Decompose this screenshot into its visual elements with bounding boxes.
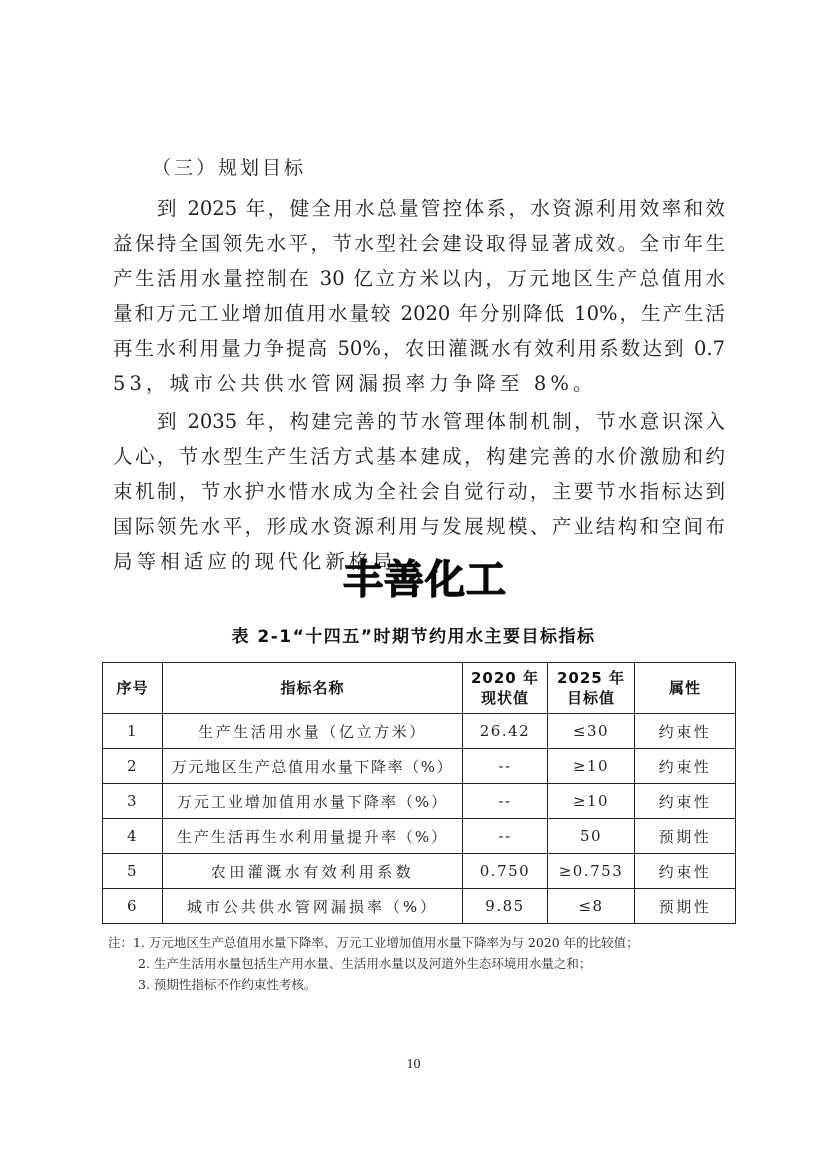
paragraph-line: 益保持全国领先水平，节水型社会建设取得显著成效。全市年生 xyxy=(113,226,725,261)
table-header-row: 序号 指标名称 2020 年 现状值 2025 年 目标值 属性 xyxy=(103,663,736,714)
paragraph-line: 量和万元工业增加值用水量较 2020 年分别降低 10%，生产生活 xyxy=(113,296,725,331)
table-caption: 表 2-1“十四五”时期节约用水主要目标指标 xyxy=(0,622,827,647)
paragraph-line: 人心，节水型生产生活方式基本建成，构建完善的水价激励和约 xyxy=(113,439,725,474)
header-baseline: 2020 年 现状值 xyxy=(463,663,548,714)
indicators-table: 序号 指标名称 2020 年 现状值 2025 年 目标值 属性 1 生产生活用… xyxy=(102,662,736,924)
table-row: 1 生产生活用水量（亿立方米） 26.42 ≤30 约束性 xyxy=(103,714,736,749)
cell-baseline: -- xyxy=(463,819,548,854)
paragraph-line: 束机制，节水护水惜水成为全社会自觉行动，主要节水指标达到 xyxy=(113,474,725,509)
header-baseline-label: 现状值 xyxy=(463,688,547,708)
paragraph-2035-goals: 到 2035 年，构建完善的节水管理体制机制，节水意识深入 人心，节水型生产生活… xyxy=(113,404,725,579)
cell-attribute: 约束性 xyxy=(635,854,736,889)
header-target-year: 2025 年 xyxy=(548,668,634,688)
header-attribute: 属性 xyxy=(635,663,736,714)
cell-index: 3 xyxy=(103,784,163,819)
cell-index: 6 xyxy=(103,889,163,924)
note-line: 2. 生产生活用水量包括生产用水量、生活用水量以及河道外生态环境用水量之和； xyxy=(108,953,639,974)
cell-baseline: -- xyxy=(463,749,548,784)
table-row: 3 万元工业增加值用水量下降率（%） -- ≥10 约束性 xyxy=(103,784,736,819)
cell-target: ≤8 xyxy=(548,889,635,924)
paragraph-line: 到 2025 年，健全用水总量管控体系，水资源利用效率和效 xyxy=(113,191,725,226)
header-index: 序号 xyxy=(103,663,163,714)
header-baseline-year: 2020 年 xyxy=(463,668,547,688)
paragraph-line: 53，城市公共供水管网漏损率力争降至 8%。 xyxy=(113,366,725,401)
paragraph-line: 国际领先水平，形成水资源利用与发展规模、产业结构和空间布 xyxy=(113,509,725,544)
cell-name: 生产生活再生水利用量提升率（%） xyxy=(163,819,463,854)
watermark: 丰善化工 xyxy=(343,557,507,603)
table-row: 4 生产生活再生水利用量提升率（%） -- 50 预期性 xyxy=(103,819,736,854)
cell-baseline: 26.42 xyxy=(463,714,548,749)
cell-target: ≤30 xyxy=(548,714,635,749)
cell-attribute: 预期性 xyxy=(635,819,736,854)
page-number: 10 xyxy=(0,1057,827,1073)
paragraph-line: 产生活用水量控制在 30 亿立方米以内，万元地区生产总值用水 xyxy=(113,261,725,296)
table-row: 5 农田灌溉水有效利用系数 0.750 ≥0.753 约束性 xyxy=(103,854,736,889)
table-row: 2 万元地区生产总值用水量下降率（%） -- ≥10 约束性 xyxy=(103,749,736,784)
cell-baseline: 0.750 xyxy=(463,854,548,889)
paragraph-line: 到 2035 年，构建完善的节水管理体制机制，节水意识深入 xyxy=(113,404,725,439)
cell-attribute: 预期性 xyxy=(635,889,736,924)
cell-name: 农田灌溉水有效利用系数 xyxy=(163,854,463,889)
cell-attribute: 约束性 xyxy=(635,784,736,819)
paragraph-line: 再生水利用量力争提高 50%，农田灌溉水有效利用系数达到 0.7 xyxy=(113,331,725,366)
cell-baseline: -- xyxy=(463,784,548,819)
cell-index: 4 xyxy=(103,819,163,854)
table-notes: 注：1. 万元地区生产总值用水量下降率、万元工业增加值用水量下降率为与 2020… xyxy=(108,932,639,995)
table-row: 6 城市公共供水管网漏损率（%） 9.85 ≤8 预期性 xyxy=(103,889,736,924)
cell-name: 万元工业增加值用水量下降率（%） xyxy=(163,784,463,819)
cell-attribute: 约束性 xyxy=(635,749,736,784)
note-line: 3. 预期性指标不作约束性考核。 xyxy=(108,974,639,995)
note-line: 注：1. 万元地区生产总值用水量下降率、万元工业增加值用水量下降率为与 2020… xyxy=(108,932,639,953)
cell-index: 5 xyxy=(103,854,163,889)
cell-name: 城市公共供水管网漏损率（%） xyxy=(163,889,463,924)
header-target: 2025 年 目标值 xyxy=(548,663,635,714)
header-target-label: 目标值 xyxy=(548,688,634,708)
cell-name: 万元地区生产总值用水量下降率（%） xyxy=(163,749,463,784)
document-page: （三）规划目标 到 2025 年，健全用水总量管控体系，水资源利用效率和效 益保… xyxy=(0,0,827,1169)
cell-target: ≥10 xyxy=(548,749,635,784)
section-heading: （三）规划目标 xyxy=(152,155,306,181)
cell-name: 生产生活用水量（亿立方米） xyxy=(163,714,463,749)
cell-index: 2 xyxy=(103,749,163,784)
cell-index: 1 xyxy=(103,714,163,749)
header-name: 指标名称 xyxy=(163,663,463,714)
cell-target: ≥10 xyxy=(548,784,635,819)
paragraph-2025-goals: 到 2025 年，健全用水总量管控体系，水资源利用效率和效 益保持全国领先水平，… xyxy=(113,191,725,401)
cell-baseline: 9.85 xyxy=(463,889,548,924)
cell-target: 50 xyxy=(548,819,635,854)
cell-target: ≥0.753 xyxy=(548,854,635,889)
cell-attribute: 约束性 xyxy=(635,714,736,749)
